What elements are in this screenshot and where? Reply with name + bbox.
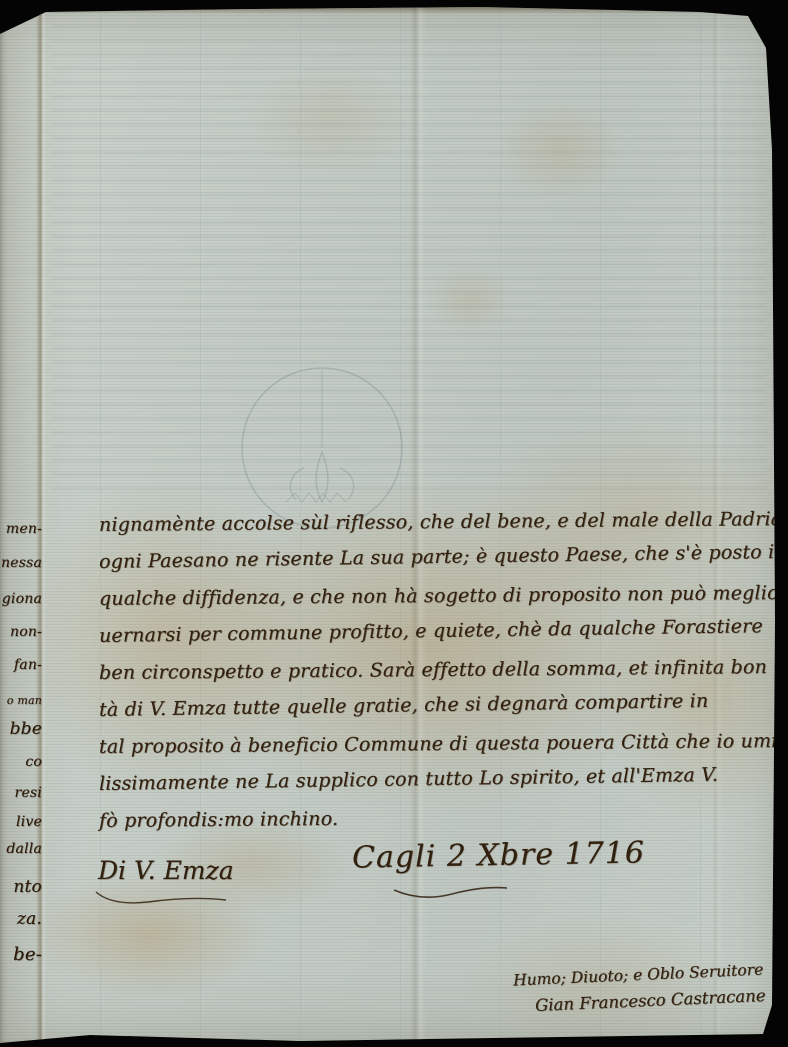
facing-page-fragment: men-: [6, 521, 42, 537]
manuscript-scan: men- nessa giona non- fan- o man bbe co …: [0, 0, 788, 1047]
facing-page-fragment: resi: [15, 785, 42, 801]
facing-page-fragment: o man: [7, 694, 42, 707]
manuscript-line: uernarsi per commune profitto, e quiete,…: [99, 615, 763, 647]
paper-top-edge: [0, 7, 774, 14]
facing-page-fragment: non-: [10, 624, 42, 640]
manuscript-line: nignamènte accolse sùl riflesso, che del…: [99, 508, 788, 536]
signature-titles: Humo; Diuoto; e Oblo Seruitore: [512, 961, 763, 990]
manuscript-line: lissimamente ne La supplico con tutto Lo…: [99, 764, 718, 795]
letter-dateline: Cagli 2 Xbre 1716: [352, 835, 646, 875]
signature-name: Gian Francesco Castracane: [535, 986, 766, 1015]
facing-page-fragment: be-: [13, 944, 42, 965]
facing-page-fragment: co: [25, 754, 42, 770]
facing-page-fragment: fan-: [14, 657, 42, 673]
facing-page-fragment: giona: [2, 591, 42, 607]
closing-flourish: [92, 888, 232, 908]
dateline-flourish: [392, 884, 512, 902]
facing-page-fragment: nessa: [1, 555, 42, 571]
facing-page-fragment: live: [16, 814, 42, 830]
manuscript-page: men- nessa giona non- fan- o man bbe co …: [0, 0, 788, 1047]
circular-watermark-icon: [234, 360, 410, 536]
manuscript-line: qualche diffidenza, e che non hà sogetto…: [99, 582, 788, 610]
facing-page-fragment: bbe: [10, 719, 42, 739]
facing-page-fragment: nto: [13, 877, 42, 897]
facing-page-fragment: za.: [17, 909, 42, 929]
manuscript-line: fò profondis:mo inchino.: [99, 808, 338, 832]
manuscript-line: ben circonspetto e pratico. Sarà effetto…: [99, 656, 767, 684]
manuscript-line: ogni Paesano ne risente La sua parte; è …: [99, 541, 787, 573]
manuscript-line: tà di V. Emza tutte quelle gratie, che s…: [99, 690, 709, 721]
manuscript-line: tal proposito à beneficio Commune di que…: [99, 730, 778, 758]
letter-closing: Di V. Emza: [98, 856, 234, 885]
facing-page-edge: men- nessa giona non- fan- o man bbe co …: [0, 0, 46, 1047]
facing-page-fragment: dalla: [6, 841, 42, 857]
